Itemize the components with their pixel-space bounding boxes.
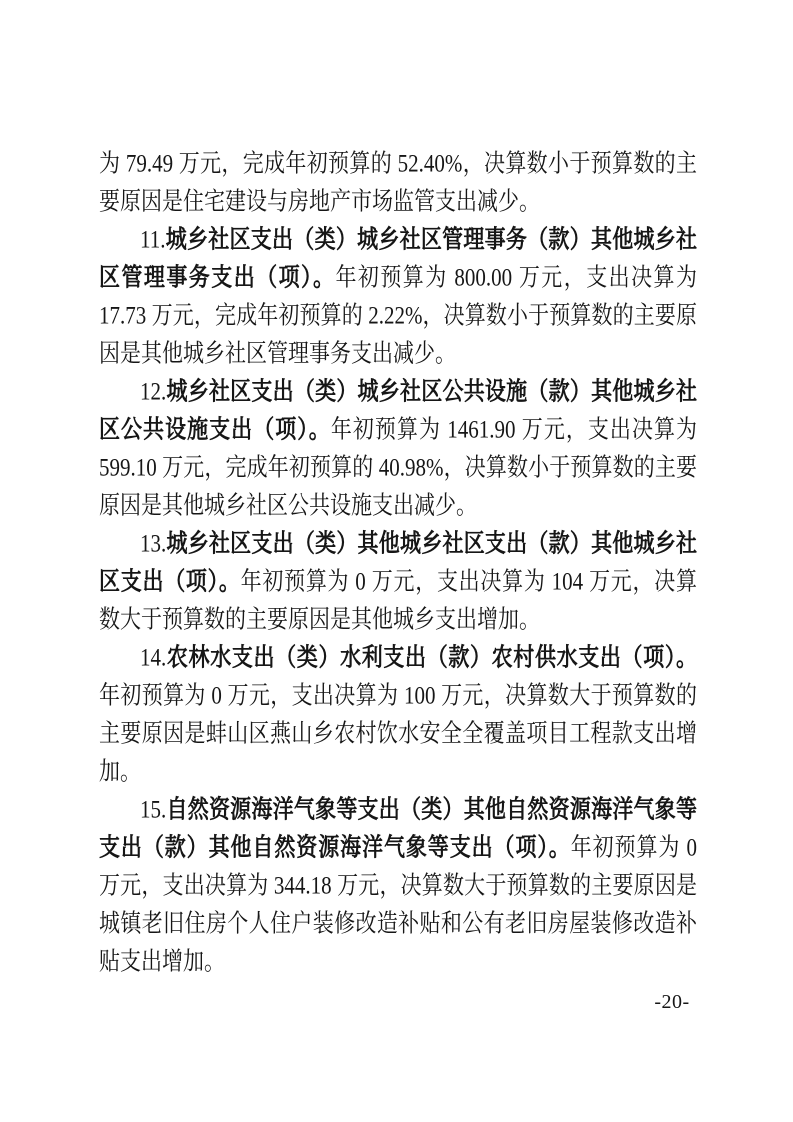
item-number: 13. (140, 529, 166, 558)
item-detail: 年初预算为 0 万元，支出决算为 100 万元，决算数大于预算数的主要原因是蚌山… (99, 681, 697, 786)
budget-item-paragraph-14: 14.农林水支出（类）水利支出（款）农村供水支出（项）。年初预算为 0 万元，支… (99, 638, 697, 790)
paragraph-continuation-text: 为 79.49 万元，完成年初预算的 52.40%，决算数小于预算数的主要原因是… (99, 149, 697, 216)
item-number: 14. (140, 643, 166, 672)
item-number: 12. (140, 377, 166, 406)
item-heading: 农林水支出（类）水利支出（款）农村供水支出（项）。 (166, 643, 697, 672)
budget-item-paragraph-11: 11.城乡社区支出（类）城乡社区管理事务（款）其他城乡社区管理事务支出（项）。年… (99, 220, 697, 372)
budget-item-paragraph-15: 15.自然资源海洋气象等支出（类）其他自然资源海洋气象等支出（款）其他自然资源海… (99, 790, 697, 980)
item-number: 15. (140, 795, 166, 824)
budget-item-paragraph-12: 12.城乡社区支出（类）城乡社区公共设施（款）其他城乡社区公共设施支出（项）。年… (99, 372, 697, 524)
budget-item-paragraph-13: 13.城乡社区支出（类）其他城乡社区支出（款）其他城乡社区支出（项）。年初预算为… (99, 524, 697, 638)
document-page: 为 79.49 万元，完成年初预算的 52.40%，决算数小于预算数的主要原因是… (0, 0, 793, 1122)
paragraph-continuation: 为 79.49 万元，完成年初预算的 52.40%，决算数小于预算数的主要原因是… (99, 144, 697, 220)
document-text-block: 为 79.49 万元，完成年初预算的 52.40%，决算数小于预算数的主要原因是… (99, 144, 697, 980)
item-number: 11. (140, 225, 165, 254)
page-number: -20- (646, 991, 698, 1014)
